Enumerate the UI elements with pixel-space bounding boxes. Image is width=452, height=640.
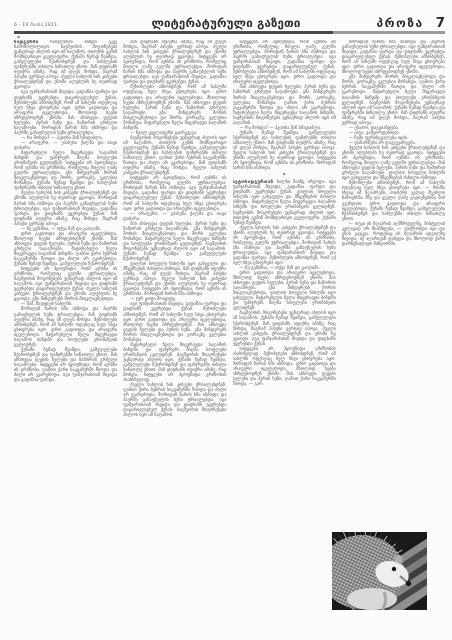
header-rule-light xyxy=(333,31,445,35)
body-paragraph: ქუჩაში ჩუმად წვიმდა, გამვლელები ჩქარობდნ… xyxy=(233,131,336,171)
hedgehog-belly xyxy=(347,588,397,610)
body-paragraph: დილით სოფელი ნისლში იყო გახვეული და მწყე… xyxy=(123,262,226,297)
body-paragraph: სიტყვები არ ჰყოფნიდა, რომ აეხსნა ის გრძნ… xyxy=(14,267,117,302)
body-paragraph: მეზობლები ამბობდნენ, რომ ამ სახლში ოდესღ… xyxy=(123,85,226,130)
body-paragraph: ბავშვობის მოგონებები უცნაურად ახლოს იყო … xyxy=(123,136,226,176)
hedgehog-illustration xyxy=(332,532,427,610)
hedgehog-ear xyxy=(395,555,403,563)
body-paragraph: მეზობლები ამბობდნენ, რომ ამ სახლში ოდესღ… xyxy=(342,181,445,221)
paragraph-lead-word: ავტოსადგურთან xyxy=(233,180,277,185)
page-number: 7 xyxy=(436,15,445,31)
text-column-1: სადგურში ჩასვლისას ბინდი უკვე ჩამოწოლილი… xyxy=(14,40,117,612)
body-paragraph: მატარებელი ნელა მიცურავდა საღამოს ბინდში… xyxy=(123,343,226,383)
body-paragraph: ქუჩაში ჩუმად წვიმდა, გამვლელები ჩქარობდნ… xyxy=(14,348,117,383)
section-break: * xyxy=(233,171,336,180)
dialog-line: — არაფერი, — უპასუხა ქალმა და თავი დახარ… xyxy=(123,212,226,222)
body-paragraph: სიტყვები არ ჰყოფნიდა, რომ აეხსნა ის გრძნ… xyxy=(123,176,226,211)
body-paragraph: შორიდან ზარის ხმა ისმოდა და ჰაერში გაზაფ… xyxy=(14,307,117,347)
hedgehog-nose xyxy=(406,581,411,586)
body-paragraph: სიტყვები არ ჰყოფნიდა, რომ აეხსნა ის გრძნ… xyxy=(233,40,336,85)
body-paragraph: იგი ფანჯარასთან მივიდა, გადაწია ფარდა და… xyxy=(14,90,117,135)
body-paragraph: სადგურში ჩასვლისას ბინდი უკვე ჩამოწოლილი… xyxy=(14,40,117,90)
body-paragraph: მატარებელი ნელა მიცურავდა საღამოს ბინდში… xyxy=(14,151,117,191)
body-paragraph: მას ახსოვდა დედის ხელები, პურის სუნი და … xyxy=(233,85,336,125)
body-paragraph: მას ახსოვდა დედის ხელები, პურის სუნი და … xyxy=(123,222,226,262)
text-column-2: მან დიდხანს იფიქრა იმაზე, რაც იმ დღეს მო… xyxy=(123,40,226,612)
body-paragraph: დრო გადიოდა და არაფერი იცვლებოდა, მხოლოდ… xyxy=(14,232,117,267)
header-rule-dark xyxy=(14,31,333,35)
text-column-4: შორიდან ზარის ხმა ისმოდა და ჰაერში გაზაფ… xyxy=(342,40,445,532)
section-label: პროზა xyxy=(377,16,424,30)
body-paragraph: იგი ფანჯარასთან მივიდა, გადაწია ფარდა და… xyxy=(123,302,226,342)
body-paragraph: ძველი სახლის ხის კიბეები ჭრიალებდნენ. ღა… xyxy=(123,383,226,418)
dialog-line: — არაფერი, — უპასუხა ქალმა და თავი დახარ… xyxy=(14,141,117,151)
body-paragraph: — თუკი ის ზღაპრის აღმზრდელზე, მისტვლის კ… xyxy=(342,222,445,247)
article-body: სადგურში ჩასვლისას ბინდი უკვე ჩამოწოლილი… xyxy=(14,40,445,612)
body-paragraph: გზა მინდვრებს შორის მიიკლაკნებოდა და შორ… xyxy=(342,75,445,125)
hedgehog-eye xyxy=(392,567,396,571)
body-paragraph: ძველი სახლის ხის კიბეები ჭრიალებდნენ და … xyxy=(14,191,117,226)
body-paragraph: მან დიდხანს იფიქრა იმაზე, რაც იმ დღეს მო… xyxy=(123,40,226,85)
newspaper-page: 6 - 19 მაისი 2011 ლიტერატურული გაზეთი პრ… xyxy=(0,0,452,640)
body-paragraph: ძველი სახლის ხის კიბეები ჭრიალებდნენ და … xyxy=(233,226,336,266)
body-paragraph: დრო გადიოდა და არაფერი იცვლებოდა, მხოლოდ… xyxy=(233,271,336,311)
paragraph-lead-word: სადგურში xyxy=(14,40,50,45)
hedgehog-photo xyxy=(332,532,427,610)
body-paragraph: ბავშვობის მოგონებები უცნაურად ახლოს იყო … xyxy=(233,311,336,346)
body-paragraph: ძველი სახლის ხის კიბეები ჭრიალებდნენ და … xyxy=(342,146,445,181)
body-paragraph: სიტყვები არ ჰყოფნიდა გრძნობის ასახსნელად… xyxy=(233,347,336,387)
text-column-3: სიტყვები არ ჰყოფნიდა, რომ აეხსნა ის გრძნ… xyxy=(233,40,336,612)
body-paragraph: ავტოსადგურთან ხალხი მაინც ირეოდა. იგი ფა… xyxy=(233,180,336,225)
body-paragraph: შორიდან ზარის ხმა ისმოდა და ჰაერში გაზაფ… xyxy=(342,40,445,75)
section-page-label: პროზა7 xyxy=(377,15,445,31)
